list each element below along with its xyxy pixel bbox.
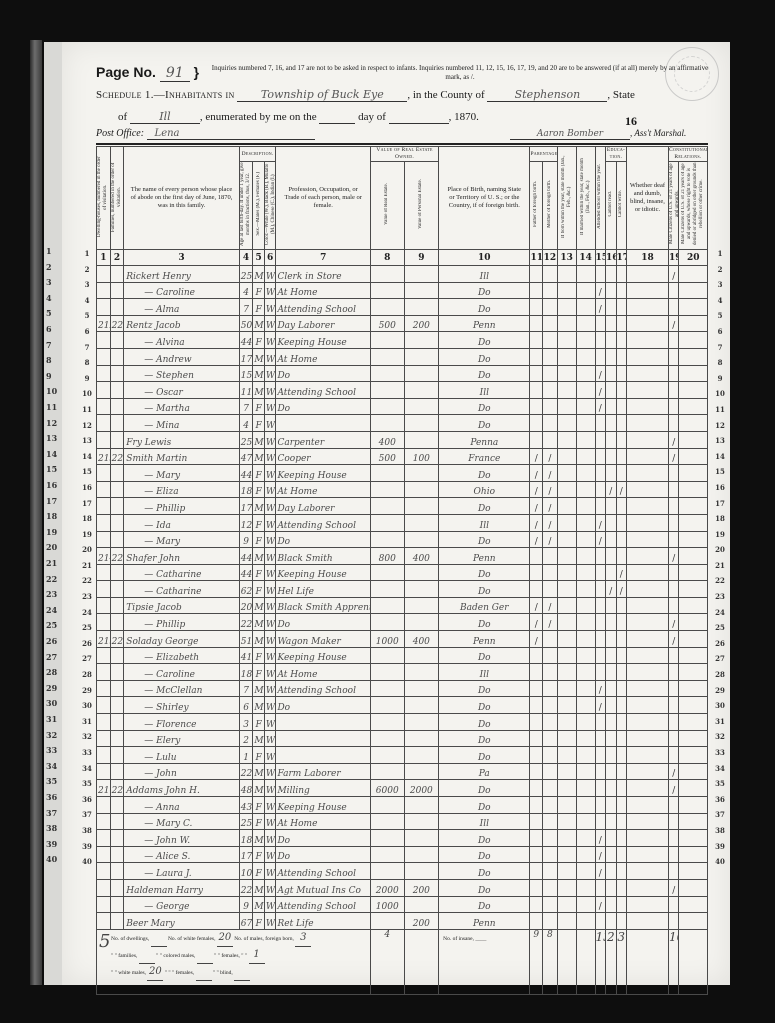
empty-cell [679,365,708,382]
empty-cell [627,282,669,299]
table-row: — Phillip17MWDay LaborerDo// [97,498,708,515]
real-estate-total: 4 [370,929,404,994]
birthplace: Do [439,647,530,664]
real-estate-value: 800 [370,548,404,565]
color: W [264,664,276,681]
attended-school-mark [595,664,605,681]
cannot-read-mark [606,348,616,365]
father-foreign-mark: / [530,597,543,614]
age: 4 [239,415,253,432]
family-number [110,896,124,913]
person-name: — Alvina [124,332,239,349]
empty-cell [576,614,595,631]
sex: F [253,299,265,316]
white-males-count: 20 [147,964,163,981]
column-number: 10 [439,250,530,266]
personal-estate-value [404,830,439,847]
father-foreign-mark: / [530,614,543,631]
family-number: 223 [110,448,124,465]
family-number: 225 [110,631,124,648]
marshal-label: , Ass't Marshal. [630,128,686,138]
personal-estate-value [404,365,439,382]
table-row: — Phillip22MWDoDo/// [97,614,708,631]
attended-school-mark [595,647,605,664]
empty-cell [679,597,708,614]
birthplace: Do [439,348,530,365]
col-header-vote-denied: Male Citizens of U.S. of 21 years of age… [679,162,708,250]
ruler-line-number: 30 [46,698,57,708]
attended-school-mark [595,614,605,631]
cannot-write-mark [616,747,627,764]
family-number [110,531,124,548]
citizen-mark [668,282,678,299]
line-number: 17 [80,496,94,512]
column-number: 13 [557,250,576,266]
empty-cell [576,382,595,399]
citizen-mark [668,647,678,664]
family-number [110,498,124,515]
empty-cell [679,879,708,896]
occupation [276,730,370,747]
mother-foreign-mark [543,863,558,880]
father-foreign-mark: / [530,481,543,498]
mother-foreign-mark [543,282,558,299]
attended-school-mark [595,797,605,814]
age: 67 [239,913,253,930]
citizen-mark [668,597,678,614]
person-name: — Alma [124,299,239,316]
col-header-attended-school: Attended school within the year. [595,147,605,250]
cannot-read-mark [606,299,616,316]
age: 7 [239,398,253,415]
empty-cell [557,431,576,448]
line-number: 22 [712,573,728,589]
empty-cell [557,913,576,930]
marshal-line: Aaron Bomber, Ass't Marshal. [510,128,686,140]
empty-cell [627,448,669,465]
table-row: — Anna43FWKeeping HouseDo [97,797,708,814]
cannot-write-mark [616,282,627,299]
father-foreign-mark [530,564,543,581]
family-number [110,332,124,349]
cannot-write-mark [616,647,627,664]
line-number: 34 [712,761,728,777]
empty-cell [557,797,576,814]
occupation: Attending School [276,863,370,880]
cannot-read-mark [606,448,616,465]
line-number: 12 [80,418,94,434]
white-females-count: 20 [217,930,233,947]
empty-cell [557,780,576,797]
dwelling-number [97,398,111,415]
line-number: 38 [712,823,728,839]
occupation: Keeping House [276,332,370,349]
birthplace: Do [439,830,530,847]
attended-school-mark [595,448,605,465]
real-estate-value [370,647,404,664]
table-row: 213223Smith Martin47MWCooper500100France… [97,448,708,465]
cannot-write-mark [616,797,627,814]
father-foreign-mark [530,714,543,731]
ruler-line-number: 6 [46,324,52,334]
person-name: — George [124,896,239,913]
sex: M [253,763,265,780]
color: W [264,531,276,548]
enumeration-line: of Ill, enumerated by me on the day of ,… [118,110,479,124]
line-number: 11 [80,402,94,418]
mother-foreign-mark: / [543,481,558,498]
color: W [264,514,276,531]
citizen-mark [668,398,678,415]
cannot-write-mark [616,780,627,797]
father-foreign-mark [530,431,543,448]
attended-school-mark: / [595,514,605,531]
line-number: 31 [80,714,94,730]
citizen-mark [668,863,678,880]
day-label: day of [358,111,386,123]
empty-cell [627,763,669,780]
left-line-ruler: 1234567891011121314151617181920212223242… [44,42,64,985]
empty-cell [557,332,576,349]
color: W [264,315,276,332]
mother-foreign-mark [543,332,558,349]
sex: M [253,697,265,714]
empty-cell [627,498,669,515]
age: 1 [239,747,253,764]
attended-school-mark [595,415,605,432]
father-foreign-mark [530,747,543,764]
empty-cell [627,415,669,432]
cannot-read-mark [606,398,616,415]
color: W [264,680,276,697]
empty-cell [576,631,595,648]
real-estate-value [370,680,404,697]
mother-foreign-mark [543,581,558,598]
mother-foreign-mark [543,730,558,747]
family-number [110,299,124,316]
birthplace: Baden Ger [439,597,530,614]
color: W [264,879,276,896]
empty-cell [576,332,595,349]
ruler-line-number: 19 [46,527,57,537]
line-number: 22 [80,573,94,589]
county-field: Stephenson [487,88,607,102]
real-estate-value: 400 [370,431,404,448]
mother-foreign-mark [543,697,558,714]
citizen-mark [668,813,678,830]
father-foreign-mark [530,348,543,365]
cannot-read-mark [606,315,616,332]
cannot-write-mark [616,415,627,432]
empty-cell [679,846,708,863]
cannot-write-mark [616,266,627,283]
personal-estate-value [404,348,439,365]
person-name: — Florence [124,714,239,731]
personal-estate-value: 2000 [404,780,439,797]
empty-cell [679,763,708,780]
empty-cell [576,730,595,747]
line-number: 29 [712,683,728,699]
real-estate-value: 500 [370,448,404,465]
empty-cell [627,647,669,664]
citizen-mark: / [668,548,678,565]
personal-estate-value [404,813,439,830]
father-foreign-mark [530,730,543,747]
birthplace: Do [439,581,530,598]
cannot-read-mark [606,531,616,548]
line-number: 21 [80,558,94,574]
real-estate-value: 500 [370,315,404,332]
father-foreign-mark: / [530,531,543,548]
real-estate-value [370,747,404,764]
dwelling-number [97,714,111,731]
birthplace: Do [439,797,530,814]
occupation: Attending School [276,299,370,316]
sex: F [253,747,265,764]
mother-foreign-total: 8 [543,929,558,994]
line-number: 14 [712,449,728,465]
empty-cell [557,846,576,863]
birthplace: Do [439,863,530,880]
family-number [110,282,124,299]
family-number [110,763,124,780]
empty-cell [627,431,669,448]
real-estate-value [370,365,404,382]
empty-cell [576,896,595,913]
line-number: 4 [80,293,94,309]
cannot-read-total: 2 [606,929,616,994]
age: 44 [239,465,253,482]
family-number [110,348,124,365]
dwelling-number [97,415,111,432]
line-number: 25 [80,620,94,636]
personal-estate-value [404,332,439,349]
birthplace: Do [439,365,530,382]
empty-cell [576,664,595,681]
ruler-line-number: 12 [46,418,57,428]
col-header-age: Age at last birth-day. If under 1 year, … [239,162,253,250]
empty-cell [557,879,576,896]
birthplace: Ill [439,813,530,830]
empty-cell [627,747,669,764]
ruler-line-number: 9 [46,371,52,381]
mother-foreign-mark [543,664,558,681]
sex: F [253,581,265,598]
citizen-mark: / [668,631,678,648]
person-name: — Lulu [124,747,239,764]
empty-cell [679,498,708,515]
empty-cell [627,382,669,399]
mother-foreign-mark: / [543,597,558,614]
cannot-read-mark: / [606,481,616,498]
birthplace: Ohio [439,481,530,498]
dwelling-number [97,664,111,681]
empty-cell [627,863,669,880]
citizen-mark [668,415,678,432]
cannot-read-mark [606,797,616,814]
occupation [276,714,370,731]
line-number: 6 [712,324,728,340]
father-foreign-mark: / [530,631,543,648]
line-number: 35 [712,776,728,792]
occupation: Clerk in Store [276,266,370,283]
column-number: 9 [404,250,439,266]
cannot-read-mark [606,846,616,863]
column-number: 6 [264,250,276,266]
ruler-line-number: 11 [46,402,57,412]
table-row: Tipsie Jacob20MWBlack Smith ApprenticeBa… [97,597,708,614]
occupation: Do [276,830,370,847]
attended-school-mark [595,813,605,830]
empty-cell [679,631,708,648]
personal-estate-value [404,415,439,432]
birthplace: Do [439,780,530,797]
empty-cell [627,680,669,697]
cannot-read-mark [606,514,616,531]
dwelling-number [97,299,111,316]
sex: F [253,531,265,548]
line-number: 29 [80,683,94,699]
birthplace: Do [439,730,530,747]
empty-cell [627,879,669,896]
table-row: — Laura J.10FWAttending SchoolDo/ [97,863,708,880]
dwelling-number [97,763,111,780]
empty-cell [627,481,669,498]
empty-cell [679,564,708,581]
cannot-write-mark [616,830,627,847]
ruler-line-number: 34 [46,761,57,771]
empty-cell [557,830,576,847]
page-label: Page No. [96,64,156,80]
cannot-write-mark: / [616,581,627,598]
person-name: — Catharine [124,564,239,581]
cannot-read-mark [606,813,616,830]
empty-cell [576,913,595,930]
cannot-write-mark [616,879,627,896]
personal-estate-value [404,431,439,448]
color: W [264,465,276,482]
empty-cell [557,266,576,283]
attended-school-mark: / [595,282,605,299]
ruler-line-number: 36 [46,792,57,802]
color: W [264,564,276,581]
real-estate-value [370,465,404,482]
person-name: — Phillip [124,614,239,631]
real-estate-value [370,830,404,847]
ruler-line-number: 17 [46,496,57,506]
dwelling-number [97,730,111,747]
left-line-numbers: 1234567891011121314151617181920212223242… [80,246,94,870]
table-row: — Elizabeth41FWKeeping HouseDo [97,647,708,664]
group-header-value: Value of Real Estate Owned. [370,147,438,162]
table-row: — Lulu1FWDo [97,747,708,764]
birthplace: Do [439,614,530,631]
color: W [264,813,276,830]
line-number: 18 [712,511,728,527]
table-row: Haldeman Harry22MWAgt Mutual Ins Co20002… [97,879,708,896]
occupation: Carpenter [276,431,370,448]
color: W [264,863,276,880]
age: 17 [239,846,253,863]
table-row: — Catharine62FWHel LifeDo// [97,581,708,598]
table-row: Rickert Henry25MWClerk in StoreIll/ [97,266,708,283]
family-number [110,830,124,847]
empty-cell [576,863,595,880]
person-name: Beer Mary [124,913,239,930]
cannot-write-mark [616,531,627,548]
father-foreign-mark [530,780,543,797]
attended-school-mark: / [595,846,605,863]
person-name: — Martha [124,398,239,415]
line-number: 37 [80,807,94,823]
age: 11 [239,382,253,399]
empty-cell [627,564,669,581]
occupation: Attending School [276,382,370,399]
occupation: Day Laborer [276,315,370,332]
empty-cell [557,813,576,830]
color: W [264,631,276,648]
color: W [264,382,276,399]
birthplace: Pa [439,763,530,780]
line-number: 3 [712,277,728,293]
cannot-write-mark [616,813,627,830]
dwelling-number [97,913,111,930]
line-number: 40 [712,854,728,870]
ruler-line-number: 39 [46,839,57,849]
col-header-sex: Sex.—Males (M.), Females (F.) [253,162,265,250]
cannot-read-mark [606,680,616,697]
col-header-cannot-write: Cannot write. [616,162,627,250]
empty-cell [576,780,595,797]
family-number [110,564,124,581]
table-row: — Martha7FWDoDo/ [97,398,708,415]
real-estate-value [370,498,404,515]
cannot-write-mark [616,315,627,332]
males-foreign-count: 3 [295,930,311,947]
color: W [264,614,276,631]
column-number: 15 [595,250,605,266]
citizen-mark [668,896,678,913]
dwelling-number [97,481,111,498]
citizen-mark [668,531,678,548]
family-number [110,597,124,614]
empty-cell [679,382,708,399]
color: W [264,299,276,316]
color: W [264,730,276,747]
empty-cell [627,332,669,349]
line-number: 13 [80,433,94,449]
color: W [264,498,276,515]
empty-cell [679,266,708,283]
occupation: Attending School [276,896,370,913]
real-estate-value: 6000 [370,780,404,797]
attended-school-mark [595,498,605,515]
empty-cell [557,680,576,697]
line-number: 15 [712,464,728,480]
personal-estate-value [404,514,439,531]
empty-cell [576,747,595,764]
birthplace: Do [439,415,530,432]
dwelling-number [97,647,111,664]
table-row: — Mina4FWDo [97,415,708,432]
birthplace: France [439,448,530,465]
line-number: 3 [80,277,94,293]
empty-cell [557,564,576,581]
mother-foreign-mark: / [543,531,558,548]
empty-cell [627,913,669,930]
personal-estate-value [404,797,439,814]
person-name: — John [124,763,239,780]
